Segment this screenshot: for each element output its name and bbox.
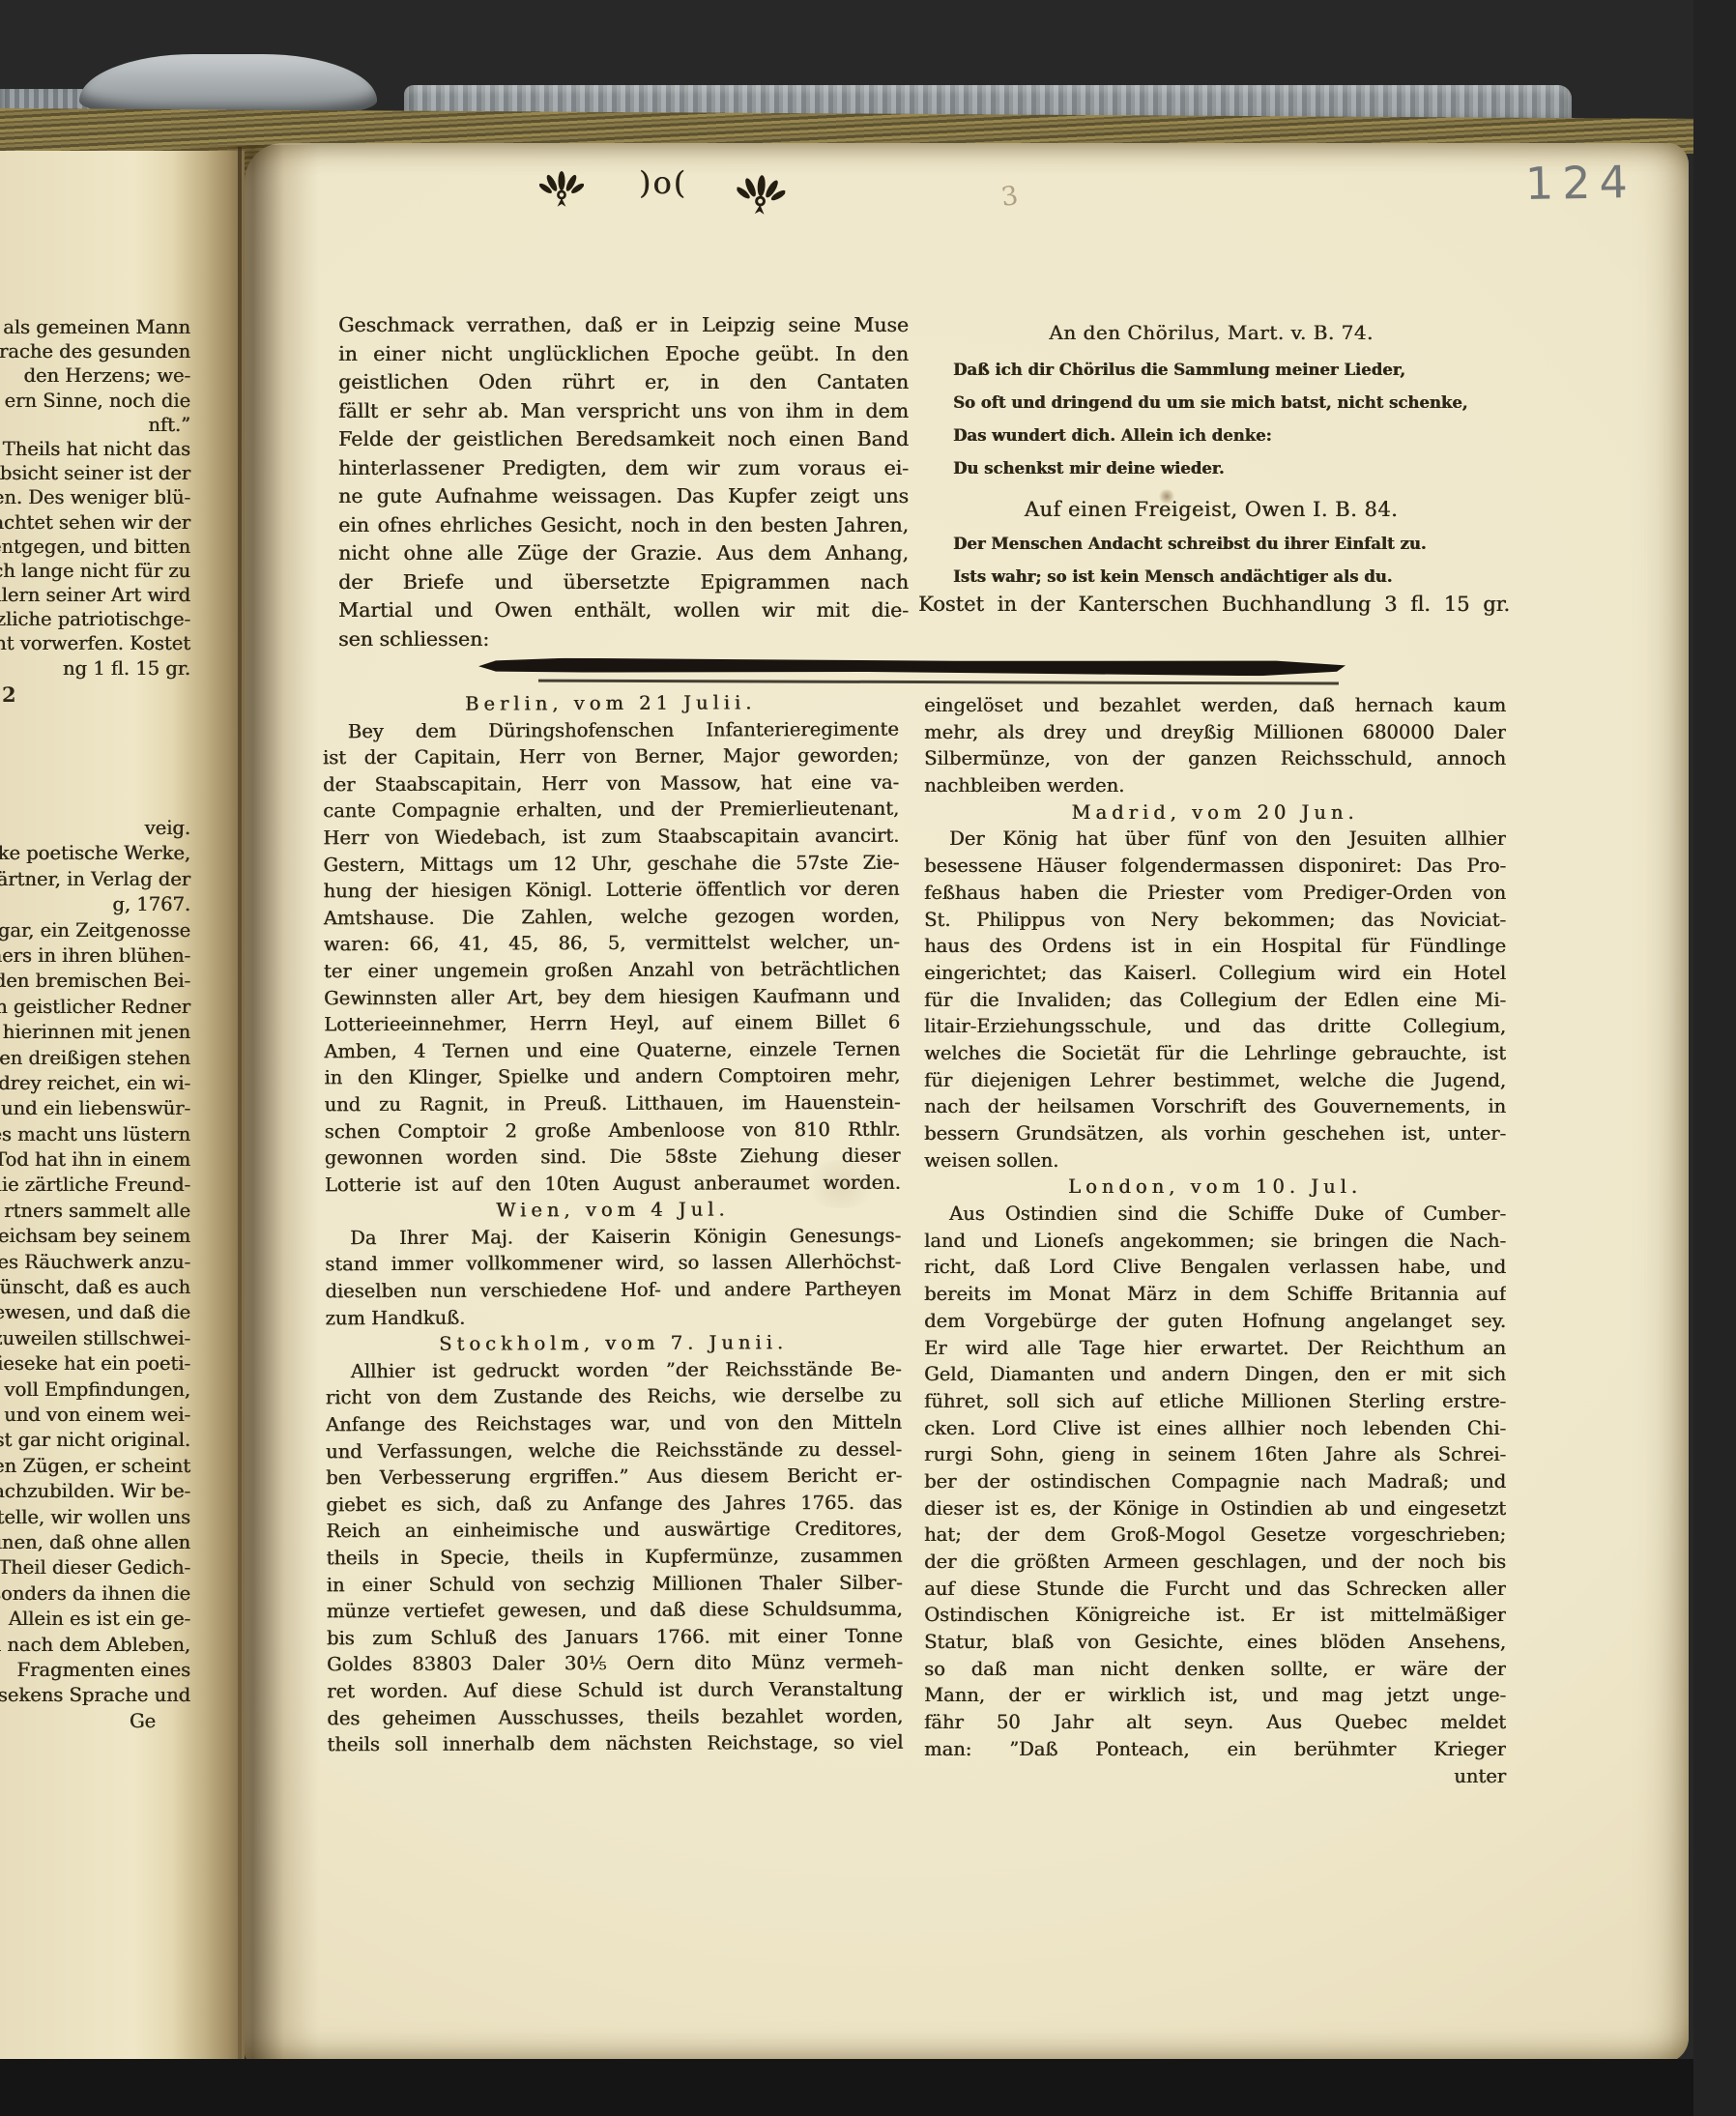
text-line: nd, voll Empfindungen, [0, 1377, 190, 1403]
text-line: Mann, der er wirklich ist, und mag jetzt… [924, 1682, 1506, 1709]
left-page-column-bottom: veig.seke poetische Werke,ärtner, in Ver… [0, 816, 190, 1734]
scan-background-bottom [0, 2059, 1736, 2116]
text-line: eingerichtet; das Kaiserl. Collegium wir… [924, 960, 1506, 987]
text-line: nicht ohne alle Züge der Grazie. Aus dem… [338, 539, 909, 568]
text-line: Goldes 83803 Daler 30⅕ Oern dito Münz ve… [327, 1649, 903, 1678]
text-line: fällt er sehr ab. Man verspricht uns von… [338, 397, 909, 426]
text-line: Gestern, Mittags um 12 Uhr, geschahe die… [323, 849, 899, 878]
text-line: rurgi Sohn, gieng in seinem 16ten Jahre … [924, 1441, 1506, 1468]
text-line: Amtshause. Die Zahlen, welche gezogen wo… [324, 902, 900, 931]
text-line: ften nach dem Ableben, [0, 1633, 190, 1658]
text-line: theils soll innerhalb dem nächsten Reich… [327, 1729, 903, 1758]
text-line: richt, daß Lord Clive Bengalen verlassen… [924, 1254, 1506, 1281]
text-line: des geheimen Ausschusses, theils bezahle… [327, 1702, 903, 1731]
text-line: nachzubilden. Wir be- [0, 1479, 190, 1504]
poem-title: Auf einen Freigeist, Owen I. B. 84. [953, 485, 1469, 528]
epigram-column: An den Chörilus, Mart. v. B. 74.Daß ich … [953, 315, 1469, 594]
text-line: Statur, blaß von Gesichte, eines blöden … [924, 1629, 1506, 1656]
text-line: für die Invaliden; das Collegium der Edl… [924, 987, 1506, 1014]
text-line: ndes Räuchwerk anzu- [0, 1250, 190, 1275]
scan-background-right [1693, 0, 1736, 2116]
text-line: und die zärtliche Freund- [0, 1173, 190, 1198]
text-line: fähr 50 Jahr alt seyn. Aus Quebec meldet [924, 1709, 1506, 1736]
text-line: Fragmenten eines [0, 1658, 190, 1683]
text-line: bereits im Monat März in dem Schiffe Bri… [924, 1281, 1506, 1308]
text-line: Anfange des Reichstages war, und von den… [326, 1409, 902, 1438]
text-line: Bey dem Düringshofenschen Infanterieregi… [323, 715, 899, 744]
text-line: ein geistlicher Redner [0, 995, 190, 1020]
text-line: geistlichen Oden rührt er, in den Cantat… [338, 368, 909, 397]
text-line: litair-Erziehungsschule, und das dritte … [924, 1013, 1506, 1040]
spine-bump [79, 54, 377, 118]
text-line: wissen Zügen, er scheint [0, 1454, 190, 1479]
text-line: noch lange nicht für zu [0, 559, 190, 583]
text-line: dem Vorgebürge der guten Hofnung angelan… [924, 1308, 1506, 1335]
text-line: Lotterieeinnehmer, Herrn Heyl, auf einem… [324, 1009, 900, 1038]
text-line: alles macht uns lüstern [0, 1122, 190, 1147]
text-line: eingelöset und bezahlet werden, daß hern… [924, 692, 1506, 719]
text-line: nach der heilsamen Vorschrift des Gouver… [924, 1093, 1506, 1120]
text-line: so daß man nicht denken sollte, er wäre … [924, 1656, 1506, 1683]
text-line: ter den dreißigen stehen [0, 1046, 190, 1071]
text-line: r, und ein liebenswür- [0, 1096, 190, 1121]
text-line: ein Theil dieser Gedich- [0, 1555, 190, 1580]
dateline-heading: London, vom 10. Jul. [924, 1174, 1506, 1201]
text-line: feßhaus haben die Priester vom Prediger-… [924, 880, 1506, 907]
text-line: ret worden. Auf diese Schuld ist durch V… [327, 1676, 903, 1705]
page-number-pencil: 124 [1525, 156, 1637, 210]
text-line: Daß ich dir Chörilus die Sammlung meiner… [953, 354, 1469, 387]
text-line: Martial und Owen enthält, wollen wir mit… [338, 596, 909, 625]
dateline-heading: Stockholm, vom 7. Junii. [325, 1329, 901, 1358]
text-line: ter einer ungemein großen Anzahl von bet… [324, 956, 900, 985]
text-line: seke poetische Werke, [0, 841, 190, 866]
shell-fleuron-icon [736, 172, 787, 217]
text-line: Aus Ostindien sind die Schiffe Duke of C… [924, 1201, 1506, 1228]
thin-rule [538, 680, 1339, 685]
text-line: cken. Lord Clive ist eines allhier noch … [924, 1415, 1506, 1442]
text-line: achtet sehen wir der [0, 510, 190, 535]
text-line: weisen sollen. [924, 1147, 1506, 1174]
text-line: Reich an einheimische und auswärtige Cre… [326, 1516, 902, 1545]
text-line: Der König hat über fünf von den Jesuiten… [924, 826, 1506, 853]
text-line: bis zum Schluß des Januars 1766. mit ein… [327, 1622, 903, 1651]
text-line: hinterlassener Predigten, dem wir zum vo… [338, 454, 909, 483]
text-line: Du schenkst mir deine wieder. [953, 452, 1469, 485]
text-line: die drey reichet, ein wi- [0, 1071, 190, 1096]
gutter-fold [238, 147, 242, 2061]
text-line: amers in ihren blühen- [0, 943, 190, 969]
signature-mark: 2 [2, 682, 16, 707]
dateline-heading: Berlin, vom 21 Julii. [323, 689, 899, 718]
text-line: g, 1767. [0, 892, 190, 917]
shell-fleuron-icon [539, 170, 584, 209]
text-line: für diejenigen Lehrer bestimmet, welche … [924, 1067, 1506, 1094]
text-line: rtners sammelt alle [0, 1199, 190, 1224]
text-line: Er wird alle Tage hier erwartet. Der Rei… [924, 1335, 1506, 1362]
text-line: Felde der geistlichen Beredsamkeit noch … [338, 425, 909, 454]
text-line: sekens Sprache und [0, 1683, 190, 1708]
text-line: in einer Schuld von sechzig Millionen Th… [327, 1569, 903, 1598]
text-line: schen Comptoir 2 große Ambenloose von 81… [325, 1116, 901, 1145]
text-line: n Absicht seiner ist der [0, 461, 190, 485]
text-line: dieselben nun verschiedene Hof- und ande… [325, 1276, 901, 1305]
text-line: stelle, wir wollen uns [0, 1505, 190, 1530]
news-column-right: eingelöset und bezahlet werden, daß hern… [924, 692, 1506, 1789]
text-line: ärtner, in Verlag der [0, 867, 190, 892]
text-line: besonders da ihnen die [0, 1581, 190, 1607]
news-column-left: Berlin, vom 21 Julii.Bey dem Düringshofe… [323, 689, 904, 1758]
text-line: So oft und dringend du um sie mich batst… [953, 387, 1469, 420]
left-page-column-top: n, als gemeinen Mannrache des gesundende… [0, 315, 190, 681]
text-line: St. Philippus von Nery bekommen; das Nov… [924, 907, 1506, 934]
text-line: fast gar nicht original. [0, 1428, 190, 1453]
text-line: unter [924, 1763, 1506, 1790]
book-scan: )o( 3 124 n, als gemeinen Mannrache des … [0, 0, 1736, 2116]
text-line: den. Des weniger blü- [0, 485, 190, 509]
dateline-heading: Madrid, vom 20 Jun. [924, 799, 1506, 826]
text-line: in einer nicht unglücklichen Epoche geüb… [338, 340, 909, 369]
text-line: hung der hiesigen Königl. Lotterie öffen… [323, 876, 899, 905]
text-line: in den Klinger, Spielke und andern Compt… [324, 1062, 900, 1091]
text-line: Geschmack verrathen, daß er in Leipzig s… [338, 311, 909, 340]
text-line: land und Lioneſs angekommen; sie bringen… [924, 1228, 1506, 1255]
text-line: rache des gesunden [0, 339, 190, 363]
text-line: cante Compagnie erhalten, und der Premie… [323, 796, 899, 825]
text-line: Ungar, ein Zeitgenosse [0, 918, 190, 943]
text-line: Der Menschen Andacht schreibst du ihrer … [953, 528, 1469, 561]
text-line: Geld, Diamanten und andern Dingen, den e… [924, 1361, 1506, 1388]
text-line: einen, daß ohne allen [0, 1530, 190, 1555]
text-line: sen schliessen: [338, 625, 909, 654]
text-line: Amben, 4 Ternen und eine Quaterne, einze… [324, 1035, 900, 1064]
text-line: mehr, als drey und dreyßig Millionen 680… [924, 719, 1506, 746]
text-line: man: ”Daß Ponteach, ein berühmter Kriege… [924, 1736, 1506, 1763]
text-line: ahl zuweilen stillschwei- [0, 1326, 190, 1351]
text-line: ein ofnes ehrliches Gesicht, noch in den… [338, 511, 909, 540]
text-line: Da Ihrer Maj. der Kaiserin Königin Genes… [325, 1223, 901, 1252]
text-line: Theils hat nicht das [0, 437, 190, 461]
text-line: gewesen, und daß die [0, 1300, 190, 1325]
text-line: n den bremischen Bei- [0, 969, 190, 994]
text-line: nützliche patriotischge- [0, 607, 190, 631]
text-line: gleichsam bey seinem [0, 1224, 190, 1249]
text-line: ellern seiner Art wird [0, 583, 190, 607]
text-line: Ge [0, 1709, 190, 1734]
text-line: nachbleiben werden. [924, 772, 1506, 799]
text-line: der Staabscapitain, Herr von Massow, hat… [323, 768, 899, 797]
text-line: stand immer vollkommener wird, so lassen… [325, 1249, 901, 1278]
text-line: nt vorwerfen. Kostet [0, 631, 190, 655]
text-line: auf diese Stunde die Furcht und das Schr… [924, 1576, 1506, 1603]
text-line: n, als gemeinen Mann [0, 315, 190, 339]
text-line: dieser ist es, der Könige in Ostindien a… [924, 1495, 1506, 1522]
text-line: Allhier ist gedruckt worden ”der Reichss… [326, 1356, 902, 1385]
text-line: n, und von einem wei- [0, 1403, 190, 1428]
text-line: veig. [0, 816, 190, 841]
text-line: der hierinnen mit jenen [0, 1020, 190, 1045]
text-line: gewonnen worden sind. Die 58ste Ziehung … [325, 1143, 901, 1172]
review-column: Geschmack verrathen, daß er in Leipzig s… [338, 311, 909, 653]
text-line: zum Handkuß. [325, 1302, 901, 1331]
text-line: Ostindischen Königreiche ist. Er ist mit… [924, 1602, 1506, 1629]
text-line: ng 1 fl. 15 gr. [0, 656, 190, 681]
price-line: Kostet in der Kanterschen Buchhandlung 3… [918, 590, 1510, 619]
text-line: waren: 66, 41, 45, 86, 5, vermittelst we… [324, 929, 900, 958]
text-line: er Tod hat ihn in einem [0, 1147, 190, 1173]
text-line: ber der ostindischen Compagnie nach Madr… [924, 1468, 1506, 1495]
text-line: richt von dem Zustande des Reichs, wie d… [326, 1382, 902, 1411]
text-line: besessene Häuser folgendermassen disponi… [924, 853, 1506, 880]
section-separator-rule [478, 657, 1345, 693]
text-line: welches die Societät für die Lehrlinge g… [924, 1040, 1506, 1067]
dateline-heading: Wien, vom 4 Jul. [325, 1196, 901, 1225]
text-line: der Briefe und übersetzte Epigrammen nac… [338, 568, 909, 597]
poem-title: An den Chörilus, Mart. v. B. 74. [953, 315, 1469, 354]
text-line: hat; der dem Groß-Mogol Gesetze vorgesch… [924, 1522, 1506, 1549]
text-line: ern Sinne, noch die [0, 389, 190, 413]
text-line: Das wundert dich. Allein ich denke: [953, 420, 1469, 452]
text-line: münze vertiefet gewesen, und daß diese S… [327, 1596, 903, 1625]
text-line: Allein es ist ein ge- [0, 1607, 190, 1632]
text-line: Gieseke hat ein poeti- [0, 1351, 190, 1377]
text-line: Silbermünze, von der ganzen Reichsschuld… [924, 745, 1506, 772]
text-line: den Herzens; we- [0, 363, 190, 388]
text-line: bessern Grundsätzen, als vorhin geschehe… [924, 1120, 1506, 1147]
section-mark: )o( [615, 164, 711, 201]
text-line: gewünscht, daß es auch [0, 1275, 190, 1300]
text-line: giebet es sich, daß zu Anfange des Jahre… [326, 1490, 902, 1519]
text-line: ben Verbesserung ergriffen.” Aus diesem … [326, 1463, 902, 1492]
text-line: theils in Specie, theils in Kupfermünze,… [326, 1543, 902, 1572]
text-line: n entgegen, und bitten [0, 535, 190, 559]
thick-rule [478, 657, 1345, 676]
text-line: und zu Ragnit, in Preuß. Litthauen, im H… [324, 1089, 900, 1118]
text-line: führet, soll sich auf etliche Millionen … [924, 1388, 1506, 1415]
text-line: Herr von Wiedebach, ist zum Staabscapita… [323, 823, 899, 852]
text-line: Lotterie ist auf den 10ten August anbera… [325, 1169, 901, 1198]
text-line: und Verfassungen, welche die Reichsständ… [326, 1435, 902, 1464]
text-line: ist der Capitain, Herr von Berner, Major… [323, 742, 899, 771]
text-line: Ists wahr; so ist kein Mensch andächtige… [953, 561, 1469, 594]
gutter-shadow [172, 145, 319, 2063]
text-line: haus des Ordens ist in ein Hospital für … [924, 933, 1506, 960]
text-line: Gewinnsten aller Art, bey dem hiesigen K… [324, 982, 900, 1011]
price-line-wrap: Kostet in der Kanterschen Buchhandlung 3… [918, 590, 1510, 619]
text-line: der die größten Armeen geschlagen, und d… [924, 1549, 1506, 1576]
text-line: ne gute Aufnahme weissagen. Das Kupfer z… [338, 482, 909, 511]
text-line: nft.” [0, 413, 190, 437]
